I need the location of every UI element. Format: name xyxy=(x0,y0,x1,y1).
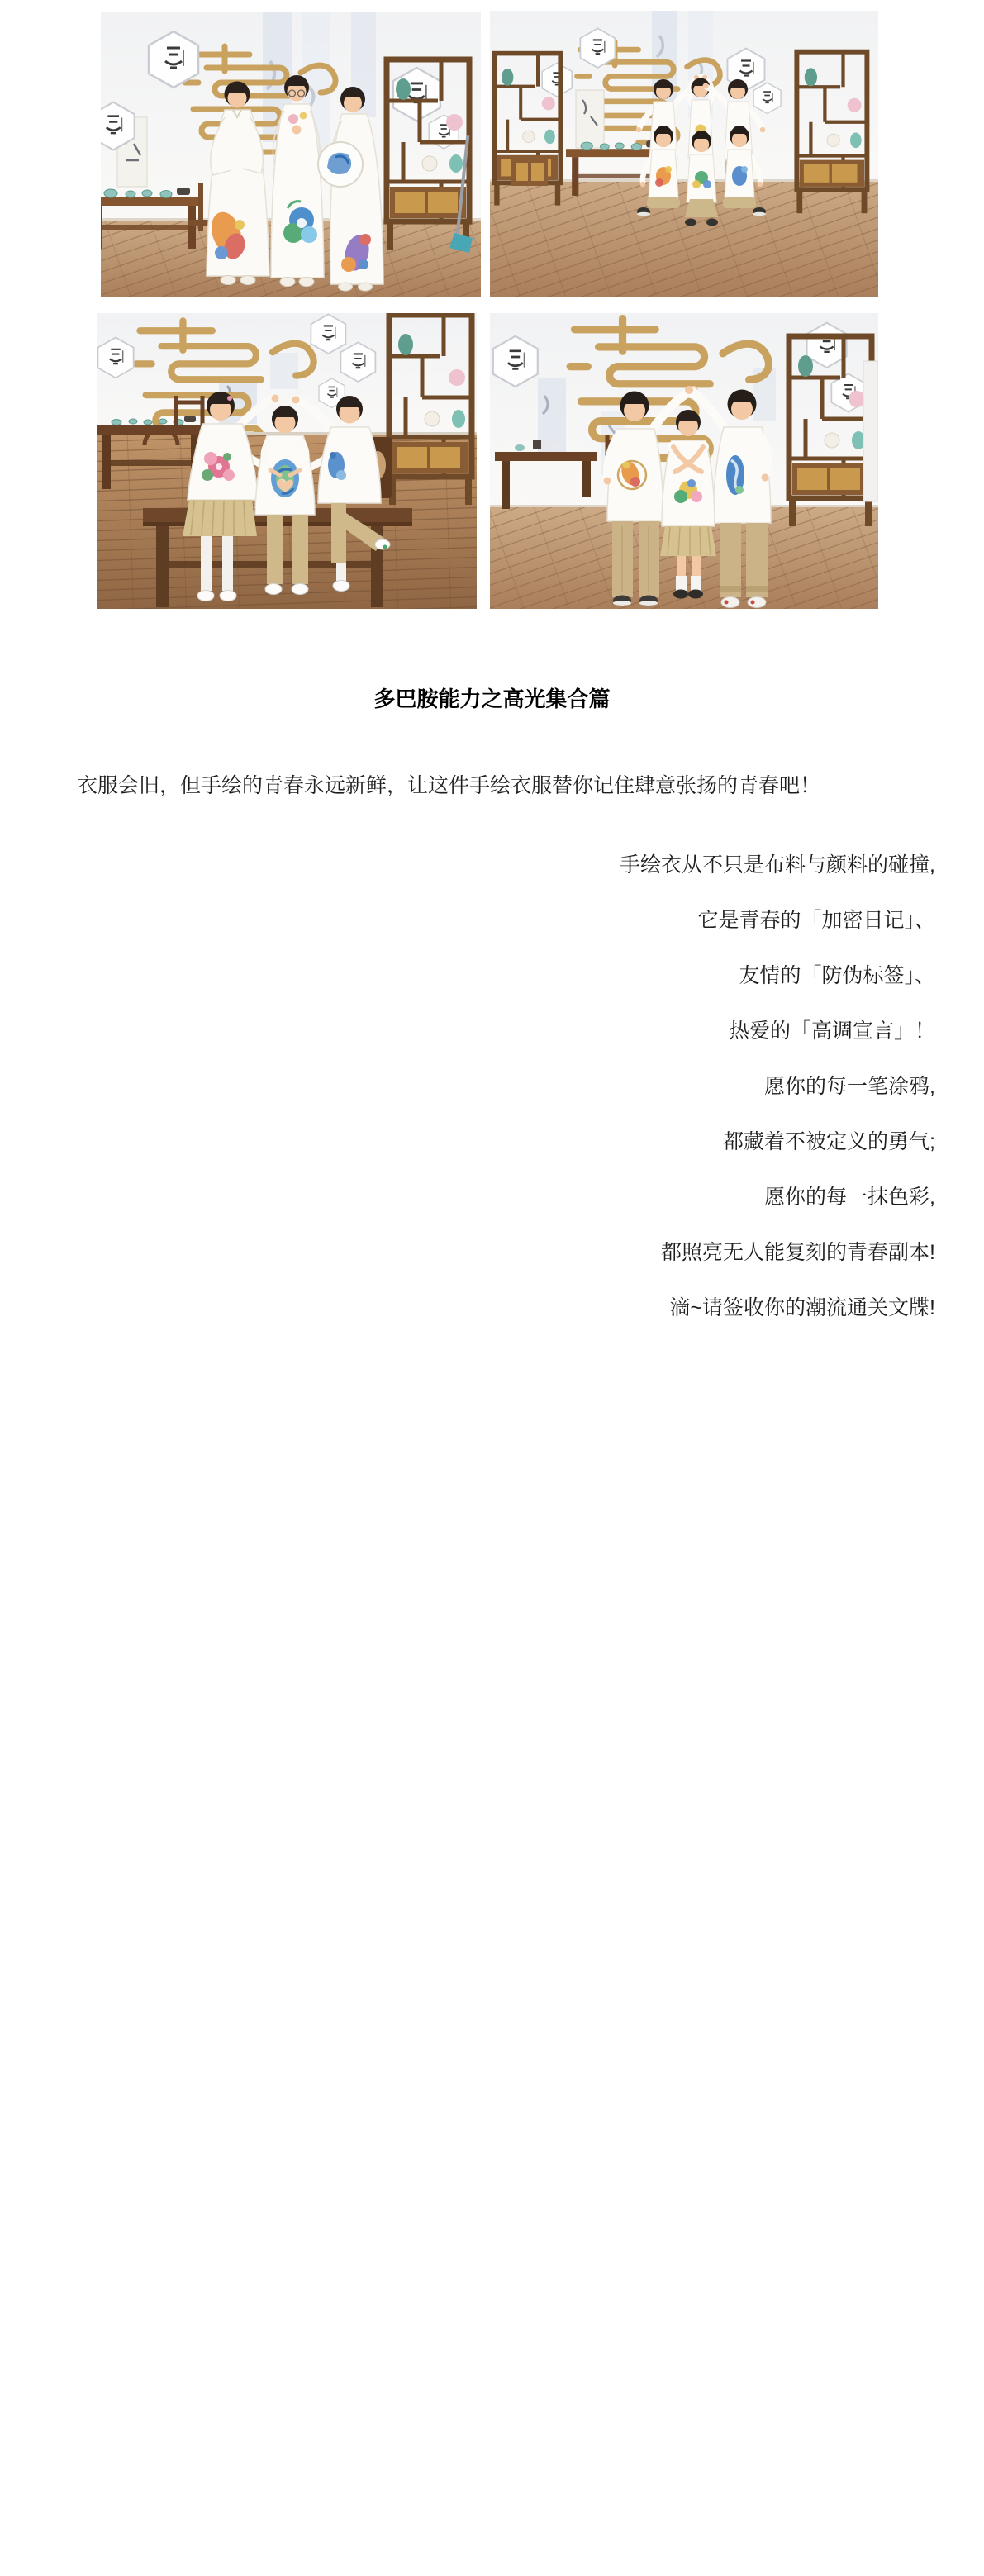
article-heading: 多巴胺能力之高光集合篇 xyxy=(0,686,984,712)
poem-line-8: 都照亮无人能复刻的青春副本! xyxy=(0,1225,935,1281)
photo-1-illustration xyxy=(101,12,481,297)
photo-bench-heart-girls[interactable] xyxy=(97,313,477,609)
photo-hanfu-girls[interactable] xyxy=(101,12,481,297)
floor xyxy=(490,179,878,297)
side-cabinet xyxy=(511,158,548,186)
poem-line-1: 手绘衣从不只是布料与颜料的碰撞, xyxy=(0,838,935,893)
poem-block: 手绘衣从不只是布料与颜料的碰撞, 它是青春的「加密日记」、 友情的「防伪标签」、… xyxy=(0,838,935,1336)
painted-dragon-tee xyxy=(726,455,744,495)
intro-paragraph: 衣服会旧，但手绘的青春永远新鲜，让这件手绘衣服替你记住肆意张扬的青春吧！ xyxy=(77,773,937,798)
poem-line-5: 愿你的每一笔涂鸦, xyxy=(0,1059,935,1115)
poem-line-7: 愿你的每一抹色彩, xyxy=(0,1170,935,1225)
poem-line-6: 都藏着不被定义的勇气; xyxy=(0,1115,935,1170)
photo-three-kids-arch[interactable] xyxy=(490,313,878,609)
photo-2-illustration xyxy=(490,11,878,297)
photo-gallery xyxy=(0,0,984,628)
poem-line-4: 热爱的「高调宣言」！ xyxy=(0,1004,935,1059)
poem-line-9: 滴~请签收你的潮流通关文牒! xyxy=(0,1281,935,1336)
poem-line-3: 友情的「防伪标签」、 xyxy=(0,948,935,1004)
photo-4-illustration xyxy=(490,313,878,609)
white-door xyxy=(863,361,878,501)
photo-3-illustration xyxy=(97,313,477,609)
poem-line-2: 它是青春的「加密日记」、 xyxy=(0,893,935,948)
photo-six-kids-arch[interactable] xyxy=(490,11,878,297)
